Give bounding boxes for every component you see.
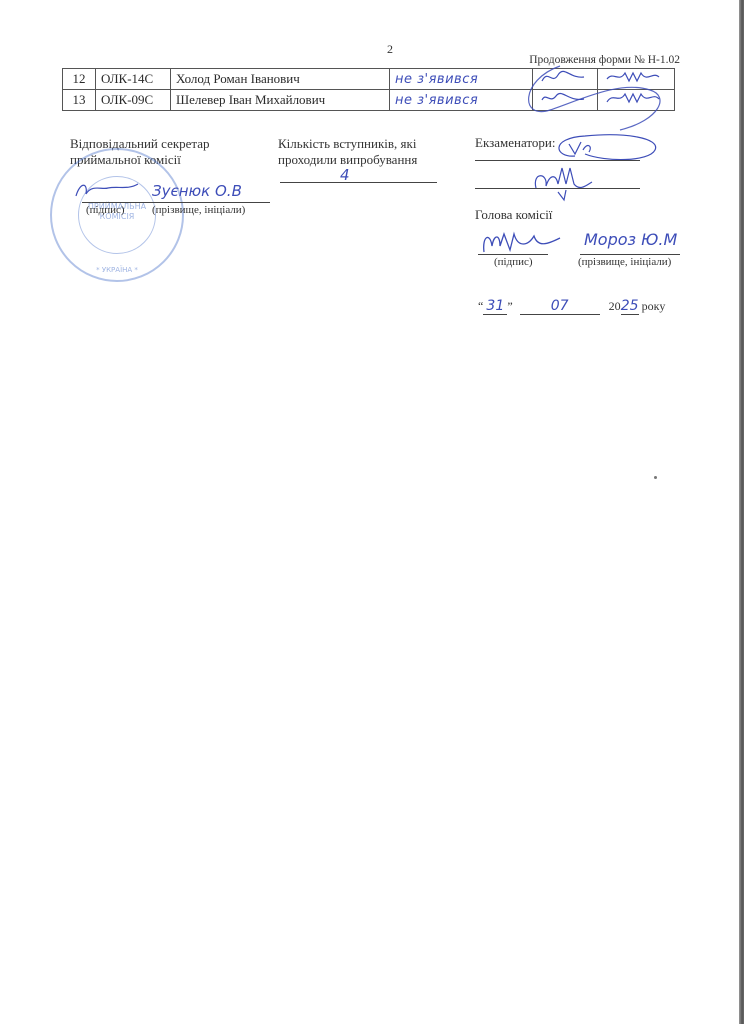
chair-handwritten-name: Мороз Ю.М <box>584 230 677 249</box>
examiner-line-2 <box>475 188 640 189</box>
date-suffix: року <box>642 299 666 313</box>
secretary-signature-line <box>82 202 270 203</box>
chair-label: Голова комісії <box>475 207 552 223</box>
examiner-signature-2-icon <box>530 162 610 202</box>
date-month: 07 <box>520 298 600 315</box>
date-year-suffix: 25 <box>621 298 639 315</box>
applicant-name: Шелевер Іван Михайлович <box>171 90 390 111</box>
scan-speck <box>654 476 657 479</box>
date-close-quote: ” <box>507 299 512 313</box>
row-number: 12 <box>63 69 96 90</box>
chair-name-line <box>580 254 680 255</box>
chair-name-caption: (прізвище, ініціали) <box>578 256 671 268</box>
examiners-label: Екзаменатори: <box>475 135 555 151</box>
date-year-prefix: 20 <box>609 299 621 313</box>
applicant-code: ОЛК-14С <box>96 69 171 90</box>
applicants-count-label-line1: Кількість вступників, які <box>278 136 417 152</box>
chair-signature-line <box>478 254 548 255</box>
secretary-signature-caption: (підпис) <box>86 204 125 216</box>
chair-signature-caption: (підпис) <box>494 256 533 268</box>
stamp-bottom-text: * УКРАЇНА * <box>52 266 182 274</box>
document-date: “31” 07 2025 року <box>478 298 665 315</box>
applicant-name: Холод Роман Іванович <box>171 69 390 90</box>
secretary-handwritten-name: Зуєнюк О.В <box>152 182 242 200</box>
secretary-title-line1: Відповідальний секретар <box>70 136 210 152</box>
page-number: 2 <box>387 42 393 57</box>
applicants-count-line <box>280 182 437 183</box>
date-day: 31 <box>483 298 507 315</box>
applicant-code: ОЛК-09С <box>96 90 171 111</box>
secretary-name-caption: (прізвище, ініціали) <box>152 204 245 216</box>
scan-edge <box>739 0 744 1024</box>
applicants-count-block: Кількість вступників, які проходили випр… <box>278 136 417 168</box>
examiner-line-1 <box>475 160 640 161</box>
row-number: 13 <box>63 90 96 111</box>
secretary-signature-icon <box>72 178 142 202</box>
